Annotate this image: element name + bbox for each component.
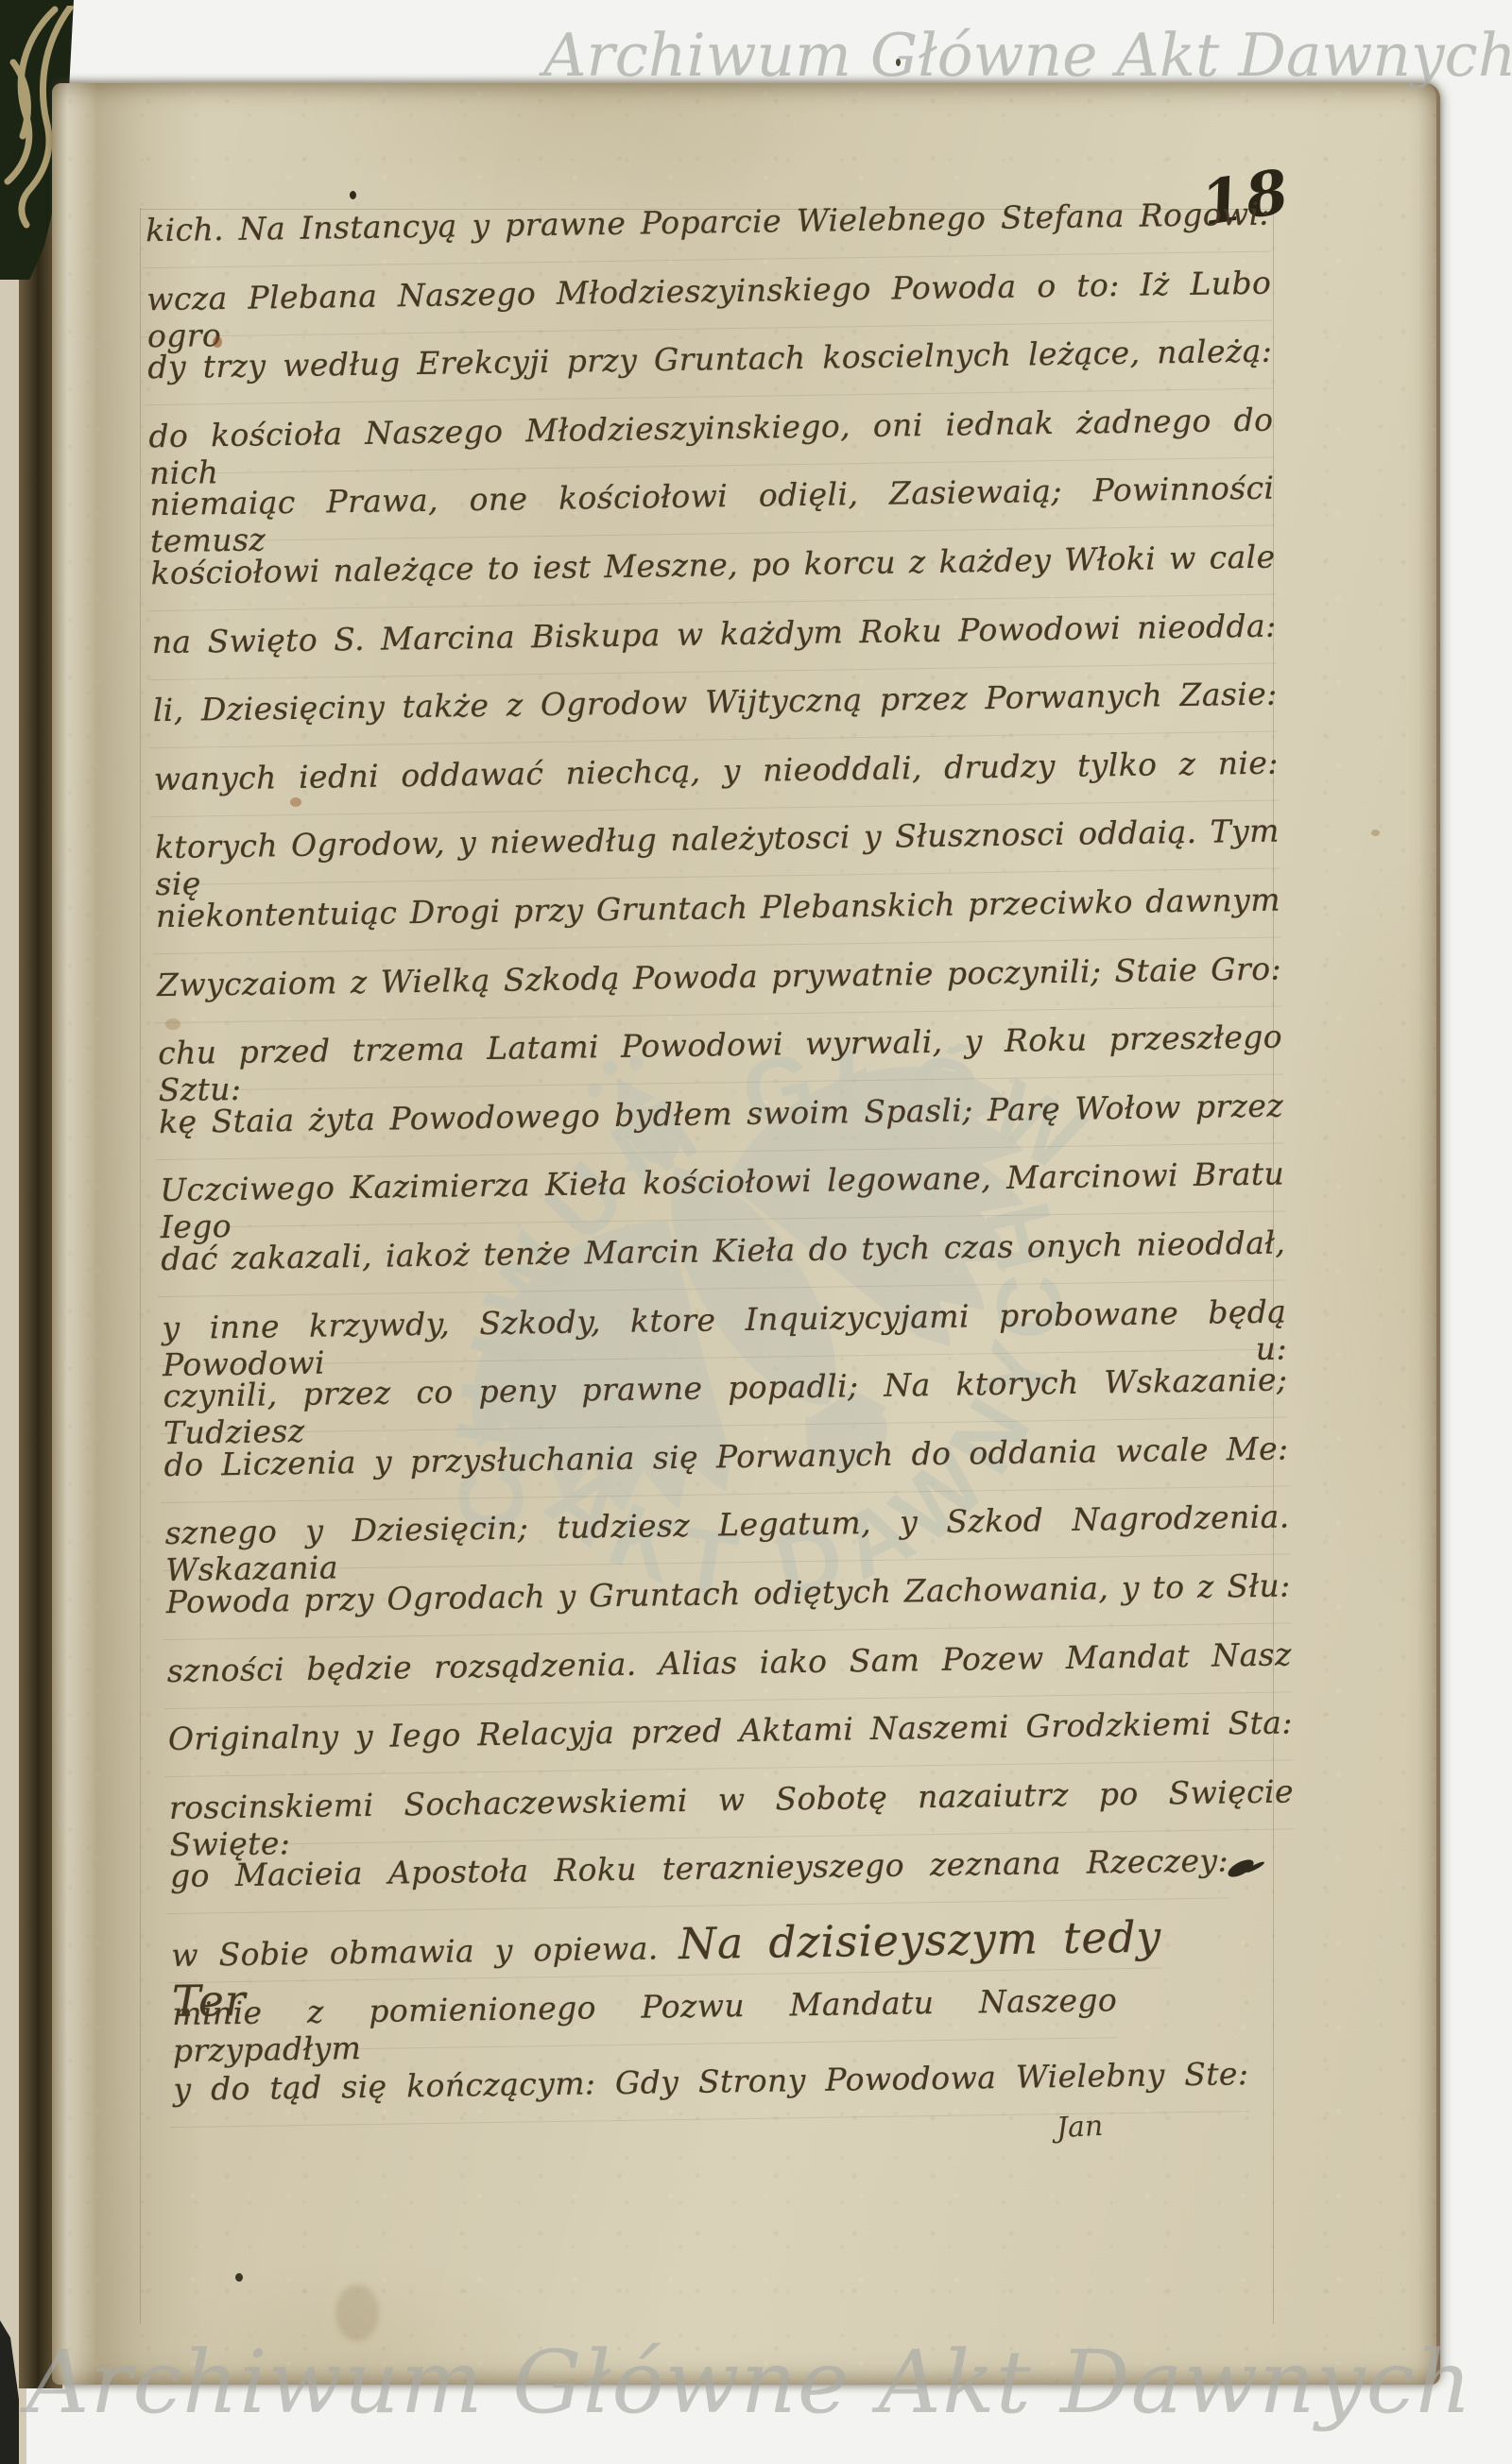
paper-stain xyxy=(213,336,222,348)
manuscript-line: niemaiąc Prawa, one kościołowi odięli, Z… xyxy=(149,470,1275,545)
manuscript-line: wcza Plebana Naszego Młodzieszyinskiego … xyxy=(146,265,1272,340)
manuscript-line: go Macieia Apostoła Roku teraznieyszego … xyxy=(170,1841,1229,1916)
paper-stain xyxy=(1371,830,1380,836)
manuscript-line: ktorych Ogrodow, y niewedług należytosci… xyxy=(155,813,1280,888)
ink-speck xyxy=(896,59,901,66)
manuscript-line: dy trzy według Erekcyji przy Gruntach ko… xyxy=(147,333,1273,408)
manuscript-line: do kościoła Naszego Młodzieszyinskiego, … xyxy=(148,402,1274,477)
manuscript-line: w Sobie obmawia y opiewa. Na dzisieyszym… xyxy=(171,1911,1162,1985)
manuscript-line: chu przed trzema Latami Powodowi wyrwali… xyxy=(158,1018,1283,1093)
manuscript-line: Zwyczaiom z Wielką Szkodą Powoda prywatn… xyxy=(157,950,1282,1025)
manuscript-line: niekontentuiąc Drogi przy Gruntach Pleba… xyxy=(156,881,1281,957)
manuscript-line: kę Staia żyta Powodowego bydłem swoim Sp… xyxy=(159,1087,1284,1162)
catchword: Jan xyxy=(1056,2110,1104,2146)
manuscript-line: do Liczenia y przysłuchania się Porwanyc… xyxy=(163,1429,1289,1505)
ink-speck xyxy=(350,191,356,199)
manuscript-line: dać zakazali, iakoż tenże Marcin Kieła d… xyxy=(161,1223,1286,1299)
paper-stain xyxy=(165,1018,180,1030)
manuscript-line: Uczciwego Kazimierza Kieła kościołowi le… xyxy=(160,1155,1285,1230)
manuscript-line: szności będzie rozsądzenia. Alias iako S… xyxy=(167,1635,1293,1711)
manuscript-line: li, Dziesięciny także z Ogrodow Wijtyczn… xyxy=(152,676,1278,751)
paper-stain xyxy=(335,2284,379,2341)
manuscript-page: ARCHIWUM GŁÓWNE AKT DAWNYCH xyxy=(52,83,1440,2385)
manuscript-text-block: kich. Na Instancyą y prawne Poparcie Wie… xyxy=(140,66,1315,2256)
manuscript-line: y inne krzywdy, Szkody, ktore Inquizycyj… xyxy=(162,1292,1287,1368)
manuscript-line: kościołowi należące to iest Meszne, po k… xyxy=(150,539,1276,614)
manuscript-line: wanych iedni oddawać niechcą, y nieoddal… xyxy=(154,744,1280,820)
paper-stain xyxy=(290,797,301,807)
manuscript-line: Originalny y Iego Relacyja przed Aktami … xyxy=(168,1703,1294,1779)
manuscript-line: kich. Na Instancyą y prawne Poparcie Wie… xyxy=(146,196,1271,271)
manuscript-scan: ARCHIWUM GŁÓWNE AKT DAWNYCH xyxy=(0,0,1512,2464)
manuscript-line: minie z pomienionego Pozwu Mandatu Nasze… xyxy=(172,1981,1118,2054)
manuscript-line: roscinskiemi Sochaczewskiemi w Sobotę na… xyxy=(169,1772,1295,1848)
ink-speck xyxy=(235,2273,243,2282)
manuscript-line: na Swięto S. Marcina Biskupa w każdym Ro… xyxy=(151,607,1277,683)
margin-rule-left xyxy=(140,208,141,2324)
manuscript-line: sznego y Dziesięcin; tudziesz Legatum, y… xyxy=(164,1497,1290,1573)
